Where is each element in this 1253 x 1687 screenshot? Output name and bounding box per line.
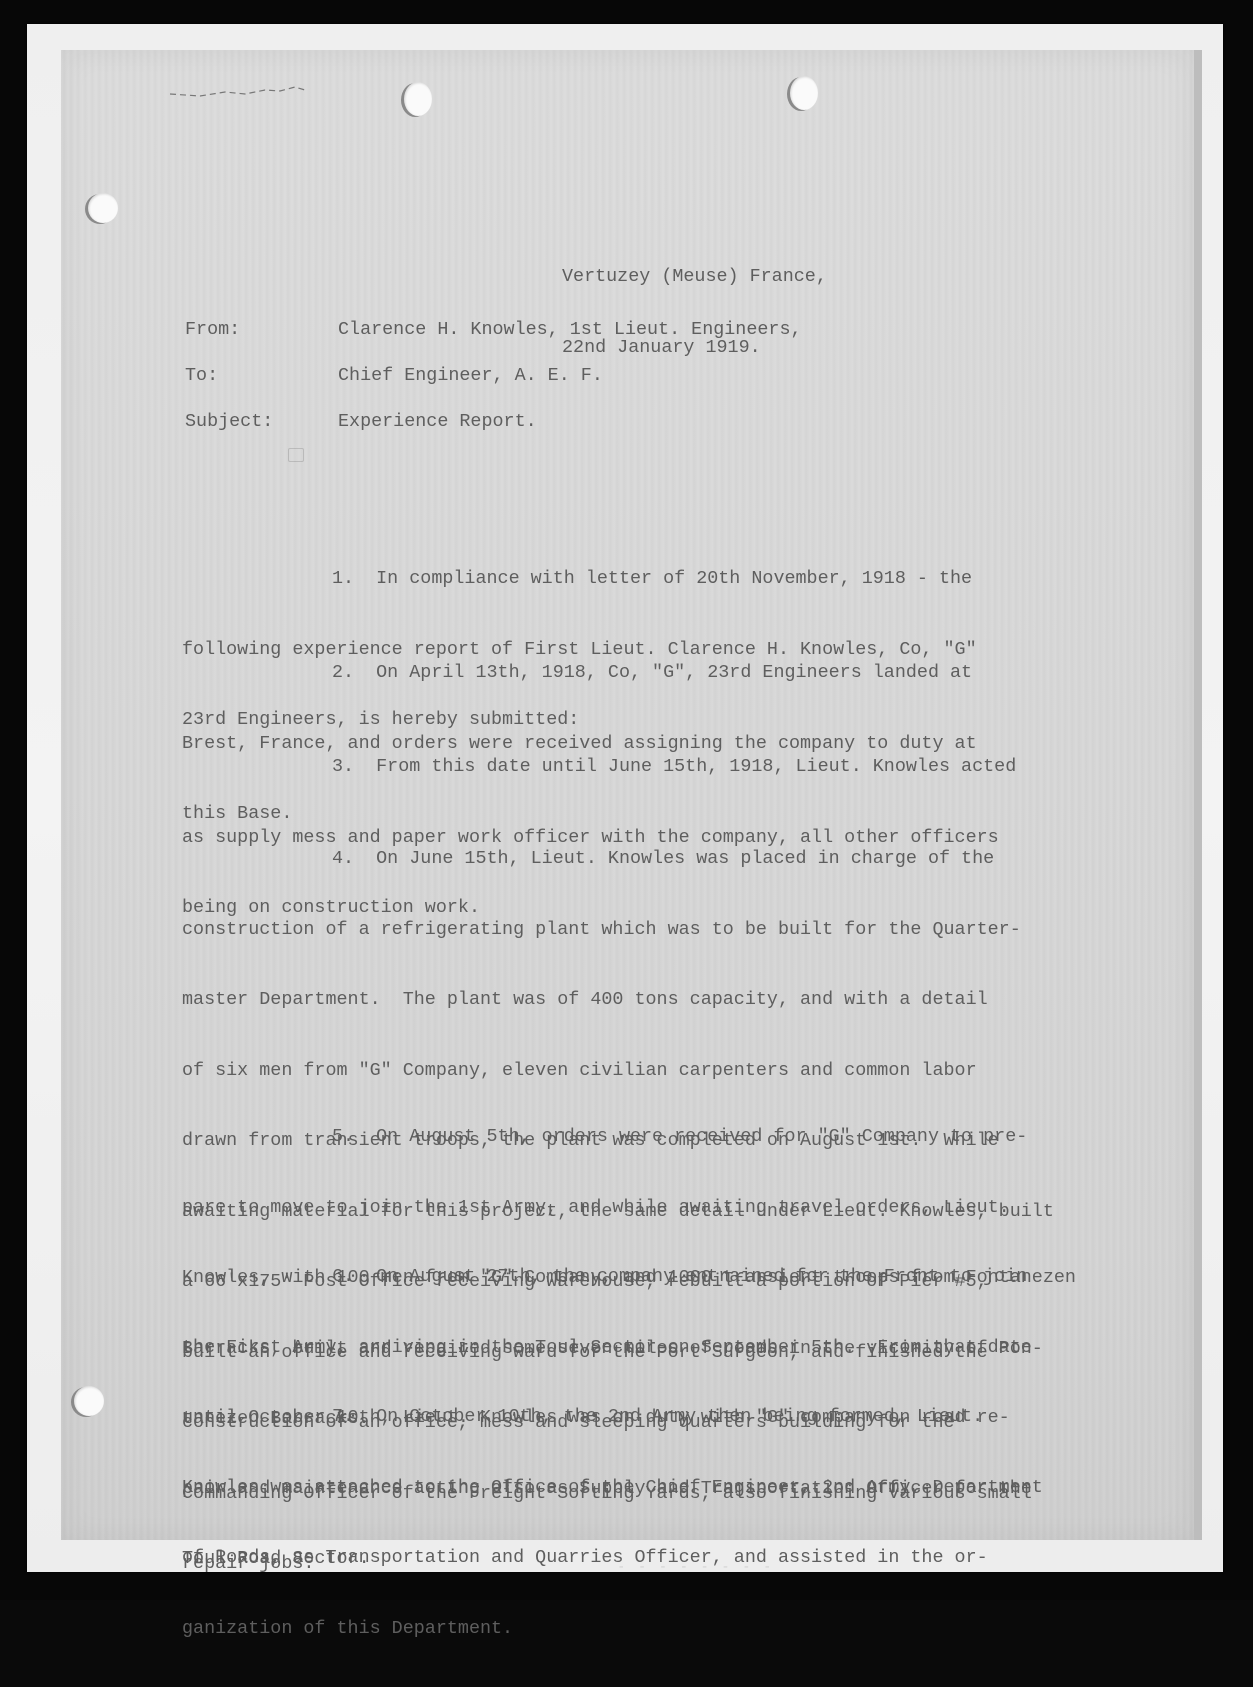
punch-hole-left-upper: [88, 193, 118, 223]
paragraph-line: pare to move to join the 1st Army, and w…: [182, 1196, 1076, 1220]
paragraph-line: 7. On October 10th, the 2nd Army then be…: [332, 1406, 983, 1427]
paragraph-line: 2. On April 13th, 1918, Co, "G", 23rd En…: [332, 662, 972, 683]
subject-label: Subject:: [185, 410, 273, 434]
paragraph-line: 4. On June 15th, Lieut. Knowles was plac…: [332, 848, 994, 869]
scan-background: SECRET COLOR CONTENTS - - - - - - - - Ve…: [0, 0, 1253, 1600]
letter-body: Vertuzey (Meuse) France, 22nd January 19…: [0, 0, 44, 823]
subject-value: Experience Report.: [338, 410, 537, 434]
place-line: Vertuzey (Meuse) France,: [562, 265, 827, 289]
to-label: To:: [185, 364, 218, 388]
punch-hole-top-left: [404, 82, 432, 116]
punch-hole-top-right: [790, 76, 818, 110]
to-value: Chief Engineer, A. E. F.: [338, 364, 603, 388]
paragraph-line: construction of a refrigerating plant wh…: [182, 918, 1054, 942]
faint-mark: [288, 448, 304, 462]
from-value: Clarence H. Knowles, 1st Lieut. Engineer…: [338, 318, 802, 342]
paragraph-line: 6. On August 27th, the company entrained…: [332, 1266, 1027, 1287]
pencil-mark: [170, 82, 315, 102]
paragraph-line: 3. From this date until June 15th, 1918,…: [332, 756, 1016, 777]
from-label: From:: [185, 318, 240, 342]
punch-hole-left-lower: [74, 1386, 104, 1416]
paragraph-line: the First Army, arriving in the Toul Sec…: [182, 1336, 1032, 1360]
paragraph-line: of Roads, as Transportation and Quarries…: [182, 1546, 1043, 1570]
paragraph-line: master Department. The plant was of 400 …: [182, 988, 1054, 1012]
paragraph-7: 7. On October 10th, the 2nd Army then be…: [182, 1358, 1043, 1600]
paragraph-line: 1. In compliance with letter of 20th Nov…: [332, 568, 972, 589]
paragraph-line: Knowles was attached to the Office of th…: [182, 1476, 1043, 1500]
paragraph-line: 5. On August 5th, orders were received f…: [332, 1126, 1027, 1147]
